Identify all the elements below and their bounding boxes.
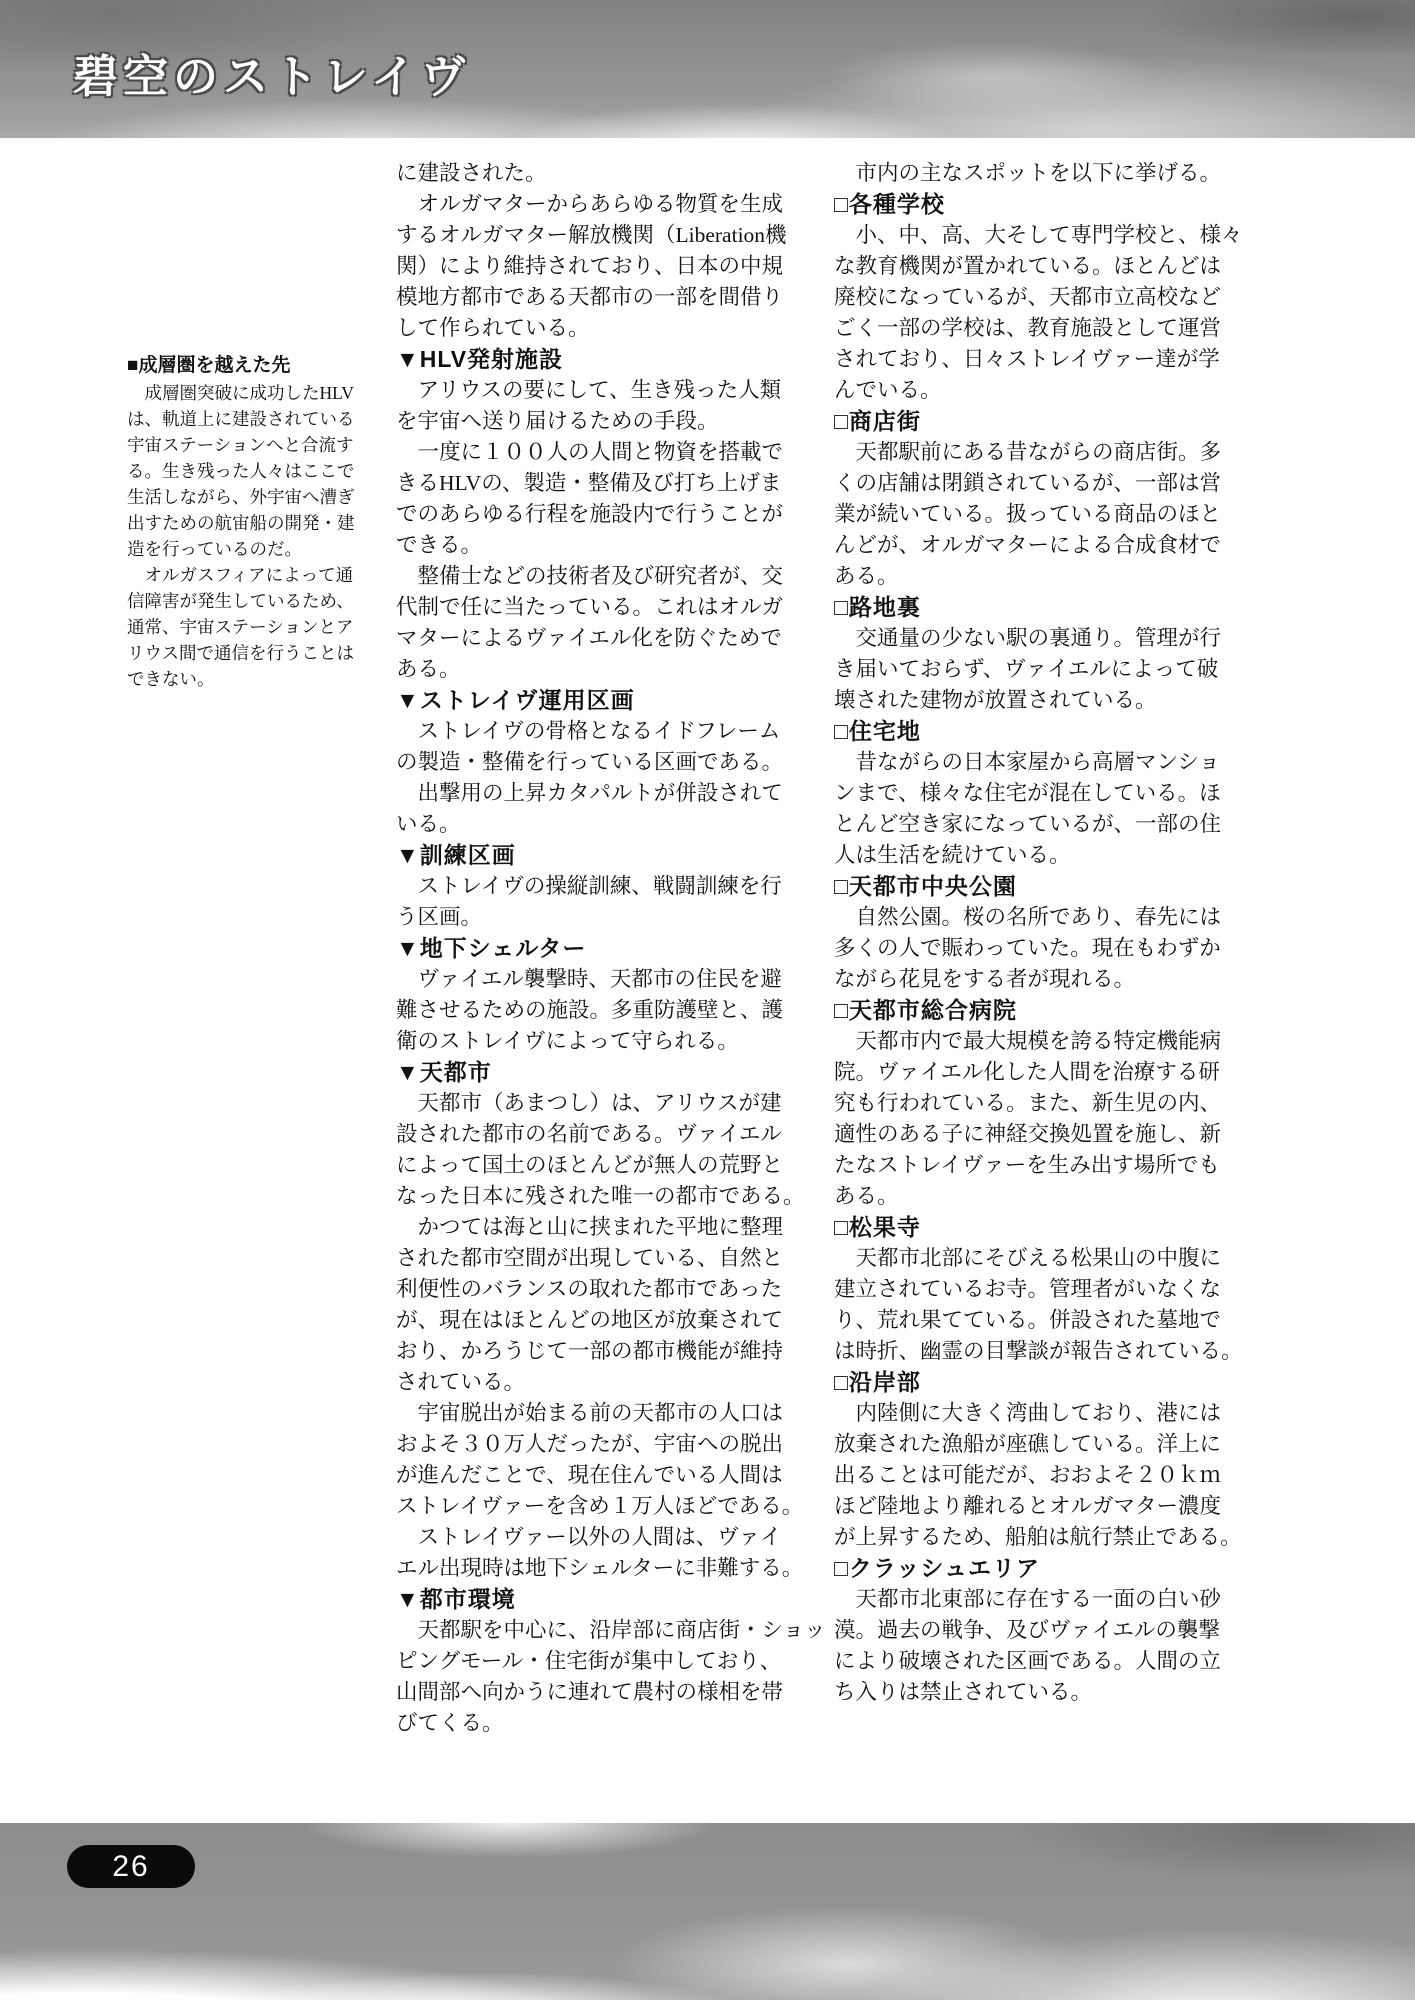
section-underground-shelter: ▼地下シェルター ヴァイエル襲撃時、天都市の住民を避 難させるための施設。多重防…	[396, 933, 826, 1057]
page-number: 26	[112, 1850, 149, 1884]
section-shouka-temple: □松果寺 天都市北部にそびえる松果山の中腹に 建立されているお寺。管理者がいなく…	[834, 1212, 1274, 1367]
section-heading: □各種学校	[834, 189, 1274, 220]
footer-cloud-band	[0, 1823, 1415, 2000]
section-heading: ▼訓練区画	[396, 840, 826, 871]
section-amatsu-city: ▼天都市 天都市（あまつし）は、アリウスが建 設された都市の名前である。ヴァイエ…	[396, 1057, 826, 1584]
section-coastal-area: □沿岸部 内陸側に大きく湾曲しており、港には 放棄された漁船が座礁している。洋上…	[834, 1367, 1274, 1553]
section-heading: □天都市総合病院	[834, 995, 1274, 1026]
section-heading: □商店街	[834, 406, 1274, 437]
section-body: 天都市内で最大規模を誇る特定機能病 院。ヴァイエル化した人間を治療する研 究も行…	[834, 1026, 1274, 1212]
section-heading: □クラッシュエリア	[834, 1553, 1274, 1584]
middle-intro: に建設された。 オルガマターからあらゆる物質を生成 するオルガマター解放機関（L…	[396, 158, 826, 344]
section-general-hospital: □天都市総合病院 天都市内で最大規模を誇る特定機能病 院。ヴァイエル化した人間を…	[834, 995, 1274, 1212]
document-page: 碧空のストレイヴ ■成層圏を越えた先 成層圏突破に成功したHLV は、軌道上に建…	[0, 0, 1415, 2000]
section-body: 天都市（あまつし）は、アリウスが建 設された都市の名前である。ヴァイエル によっ…	[396, 1088, 826, 1584]
section-heading: □住宅地	[834, 716, 1274, 747]
section-heading: ▼都市環境	[396, 1584, 826, 1615]
left-column: ■成層圏を越えた先 成層圏突破に成功したHLV は、軌道上に建設されている 宇宙…	[127, 352, 367, 692]
section-shopping-street: □商店街 天都駅前にある昔ながらの商店街。多 くの店舗は閉鎖されているが、一部は…	[834, 406, 1274, 592]
section-heading: ▼地下シェルター	[396, 933, 826, 964]
left-column-body: 成層圏突破に成功したHLV は、軌道上に建設されている 宇宙ステーションへと合流…	[127, 380, 367, 692]
section-residential-area: □住宅地 昔ながらの日本家屋から高層マンショ ンまで、様々な住宅が混在している。…	[834, 716, 1274, 871]
section-central-park: □天都市中央公園 自然公園。桜の名所であり、春先には 多くの人で賑わっていた。現…	[834, 871, 1274, 995]
section-body: 小、中、高、大そして専門学校と、様々 な教育機関が置かれている。ほとんどは 廃校…	[834, 220, 1274, 406]
section-back-alleys: □路地裏 交通量の少ない駅の裏通り。管理が行 き届いておらず、ヴァイエルによって…	[834, 592, 1274, 716]
left-column-heading: ■成層圏を越えた先	[127, 352, 367, 380]
section-body: 天都駅を中心に、沿岸部に商店街・ショッ ピングモール・住宅街が集中しており、 山…	[396, 1615, 826, 1739]
section-body: ヴァイエル襲撃時、天都市の住民を避 難させるための施設。多重防護壁と、護 衛のス…	[396, 964, 826, 1057]
section-body: ストレイヴの骨格となるイドフレーム の製造・整備を行っている区画である。 出撃用…	[396, 716, 826, 840]
section-body: 天都市北東部に存在する一面の白い砂 漠。過去の戦争、及びヴァイエルの襲撃 により…	[834, 1584, 1274, 1708]
section-heading: ▼天都市	[396, 1057, 826, 1088]
section-city-environment: ▼都市環境 天都駅を中心に、沿岸部に商店街・ショッ ピングモール・住宅街が集中し…	[396, 1584, 826, 1739]
section-body: 交通量の少ない駅の裏通り。管理が行 き届いておらず、ヴァイエルによって破 壊され…	[834, 623, 1274, 716]
middle-column: に建設された。 オルガマターからあらゆる物質を生成 するオルガマター解放機関（L…	[396, 158, 826, 1739]
section-training-area: ▼訓練区画 ストレイヴの操縦訓練、戦闘訓練を行 う区画。	[396, 840, 826, 933]
section-crash-area: □クラッシュエリア 天都市北東部に存在する一面の白い砂 漠。過去の戦争、及びヴァ…	[834, 1553, 1274, 1708]
page-title: 碧空のストレイヴ	[73, 40, 471, 105]
section-body: 自然公園。桜の名所であり、春先には 多くの人で賑わっていた。現在もわずか ながら…	[834, 902, 1274, 995]
header-cloud-band: 碧空のストレイヴ	[0, 0, 1415, 138]
section-heading: □天都市中央公園	[834, 871, 1274, 902]
section-body: 昔ながらの日本家屋から高層マンショ ンまで、様々な住宅が混在している。ほ とんど…	[834, 747, 1274, 871]
section-heading: □路地裏	[834, 592, 1274, 623]
right-intro: 市内の主なスポットを以下に挙げる。	[834, 158, 1274, 189]
right-column: 市内の主なスポットを以下に挙げる。 □各種学校 小、中、高、大そして専門学校と、…	[834, 158, 1274, 1708]
section-heading: ▼HLV発射施設	[396, 344, 826, 375]
section-body: 内陸側に大きく湾曲しており、港には 放棄された漁船が座礁している。洋上に 出るこ…	[834, 1398, 1274, 1553]
section-body: 天都駅前にある昔ながらの商店街。多 くの店舗は閉鎖されているが、一部は営 業が続…	[834, 437, 1274, 592]
page-number-pill: 26	[67, 1845, 195, 1888]
section-body: 天都市北部にそびえる松果山の中腹に 建立されているお寺。管理者がいなくな り、荒…	[834, 1243, 1274, 1367]
section-heading: □松果寺	[834, 1212, 1274, 1243]
section-heading: □沿岸部	[834, 1367, 1274, 1398]
section-strayve-operations: ▼ストレイヴ運用区画 ストレイヴの骨格となるイドフレーム の製造・整備を行ってい…	[396, 685, 826, 840]
section-heading: ▼ストレイヴ運用区画	[396, 685, 826, 716]
section-hlv-launch: ▼HLV発射施設 アリウスの要にして、生き残った人類 を宇宙へ送り届けるための手…	[396, 344, 826, 685]
section-body: アリウスの要にして、生き残った人類 を宇宙へ送り届けるための手段。 一度に１００…	[396, 375, 826, 685]
section-body: ストレイヴの操縦訓練、戦闘訓練を行 う区画。	[396, 871, 826, 933]
section-schools: □各種学校 小、中、高、大そして専門学校と、様々 な教育機関が置かれている。ほと…	[834, 189, 1274, 406]
